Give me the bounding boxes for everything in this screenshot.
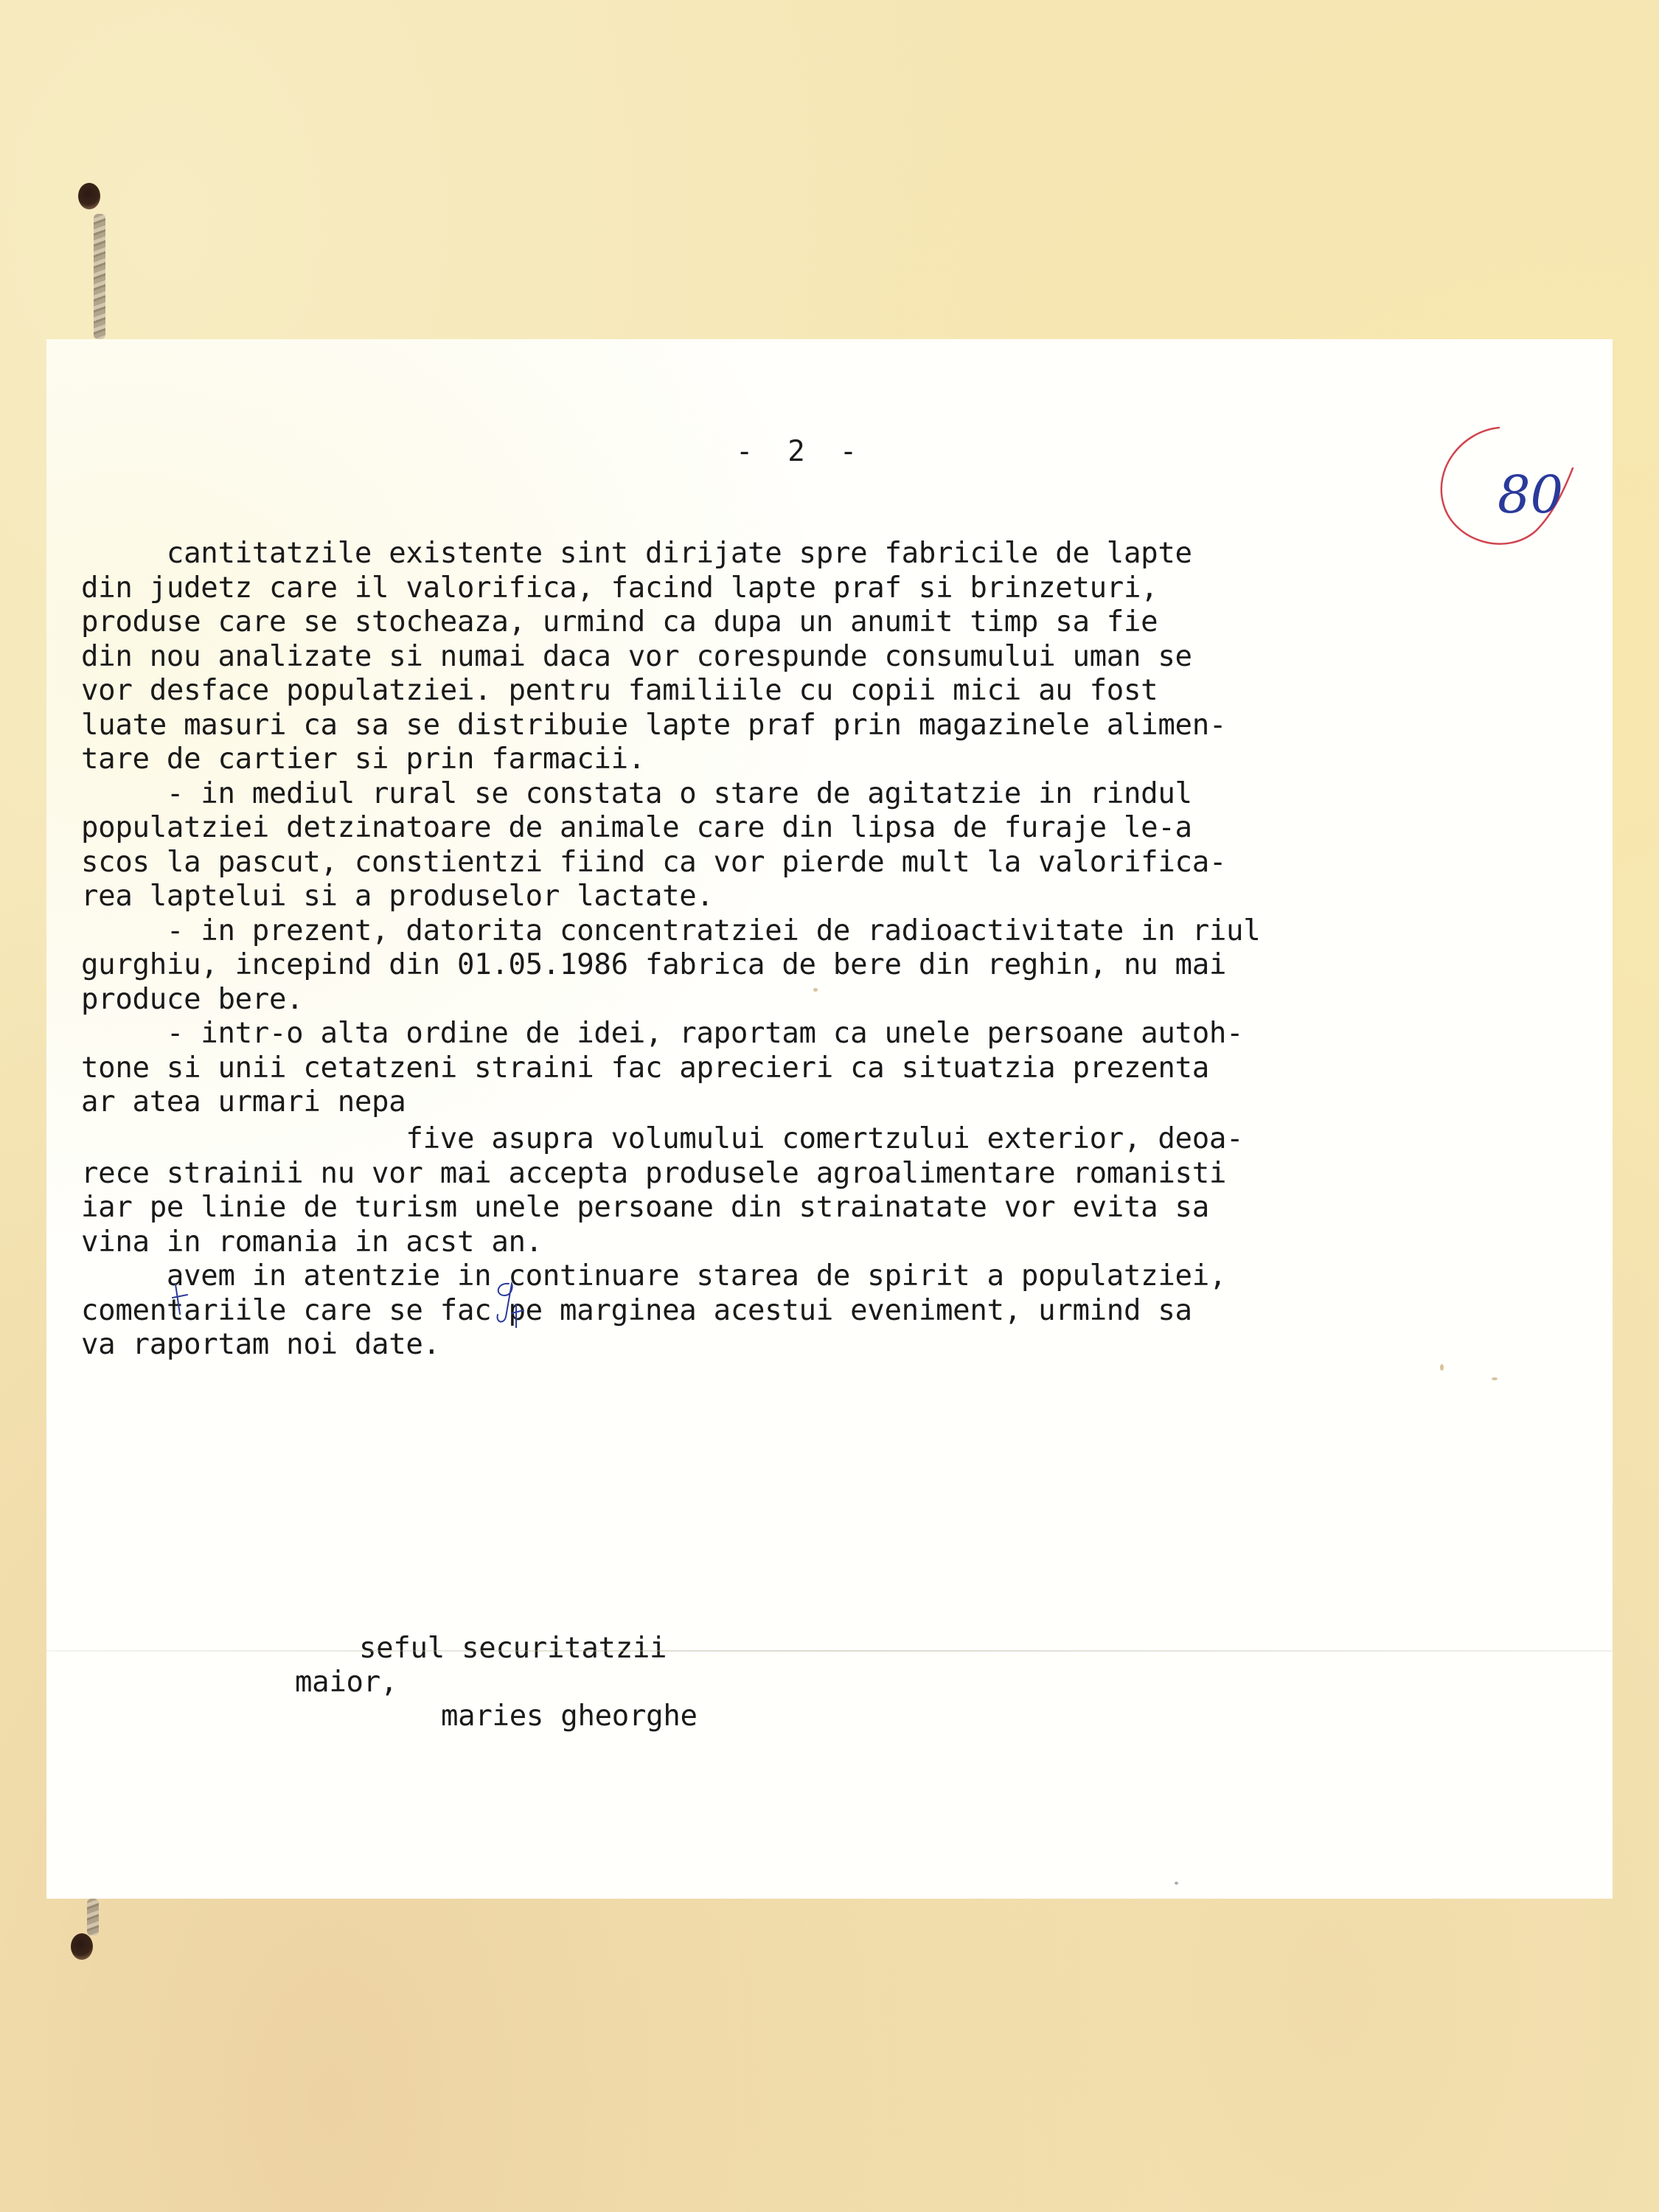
page-number: - 2 - (46, 435, 1613, 468)
pen-correction-mark (170, 1281, 192, 1318)
text-line: cantitatzile existente sint dirijate spr… (81, 537, 1260, 571)
typed-page: - 2 - 80 cantitatzile existente sint dir… (46, 339, 1613, 1899)
fold-crease (46, 1650, 1613, 1652)
signatory-title: seful securitatzii (359, 1632, 667, 1666)
text-line: five asupra volumului comertzului exteri… (81, 1122, 1260, 1157)
pen-correction-g (479, 1276, 531, 1328)
text-line: gurghiu, incepind din 01.05.1986 fabrica… (81, 948, 1260, 983)
text-line: rece strainii nu vor mai accepta produse… (81, 1157, 1260, 1192)
text-line: luate masuri ca sa se distribuie lapte p… (81, 709, 1260, 743)
text-line: - intr-o alta ordine de idei, raportam c… (81, 1017, 1260, 1051)
text-line: produce bere. (81, 983, 1260, 1018)
paper-speck (1175, 1882, 1178, 1885)
text-line: tare de cartier si prin farmacii. (81, 742, 1260, 777)
binding-hole-top (78, 183, 100, 209)
text-line: rea laptelui si a produselor lactate. (81, 880, 1260, 914)
text-line: din judetz care il valorifica, facind la… (81, 571, 1260, 606)
report-body: cantitatzile existente sint dirijate spr… (81, 537, 1260, 1363)
text-line: tone si unii cetatzeni straini fac aprec… (81, 1051, 1260, 1086)
text-line: vina in romania in acst an. (81, 1225, 1260, 1260)
text-line: populatziei detzinatoare de animale care… (81, 811, 1260, 846)
text-line: din nou analizate si numai daca vor core… (81, 640, 1260, 675)
text-line: produse care se stocheaza, urmind ca dup… (81, 605, 1260, 640)
text-line: - in prezent, datorita concentratziei de… (81, 914, 1260, 949)
text-line: iar pe linie de turism unele persoane di… (81, 1191, 1260, 1225)
binding-string (94, 214, 105, 339)
paper-speck (1492, 1377, 1498, 1380)
text-line: vor desface populatziei. pentru familiil… (81, 674, 1260, 709)
binding-hole-bottom (71, 1933, 93, 1960)
signatory-name: maries gheorghe (441, 1700, 698, 1734)
binding-string (87, 1899, 99, 1935)
signatory-rank: maior, (295, 1666, 397, 1700)
paper-speck (813, 988, 818, 992)
folio-stamp: 80 (1411, 402, 1587, 564)
svg-text:80: 80 (1498, 465, 1563, 525)
circled-folio-number-icon: 80 (1411, 402, 1587, 564)
text-line: - in mediul rural se constata o stare de… (81, 777, 1260, 812)
text-line: va raportam noi date. (81, 1328, 1260, 1363)
text-line: comentariile care se fac pe marginea ace… (81, 1294, 1260, 1329)
text-line: ar atea urmari nepa (81, 1085, 1260, 1122)
text-line: avem in atentzie in continuare starea de… (81, 1259, 1260, 1294)
paper-speck (1440, 1364, 1444, 1371)
text-line: scos la pascut, constientzi fiind ca vor… (81, 846, 1260, 880)
